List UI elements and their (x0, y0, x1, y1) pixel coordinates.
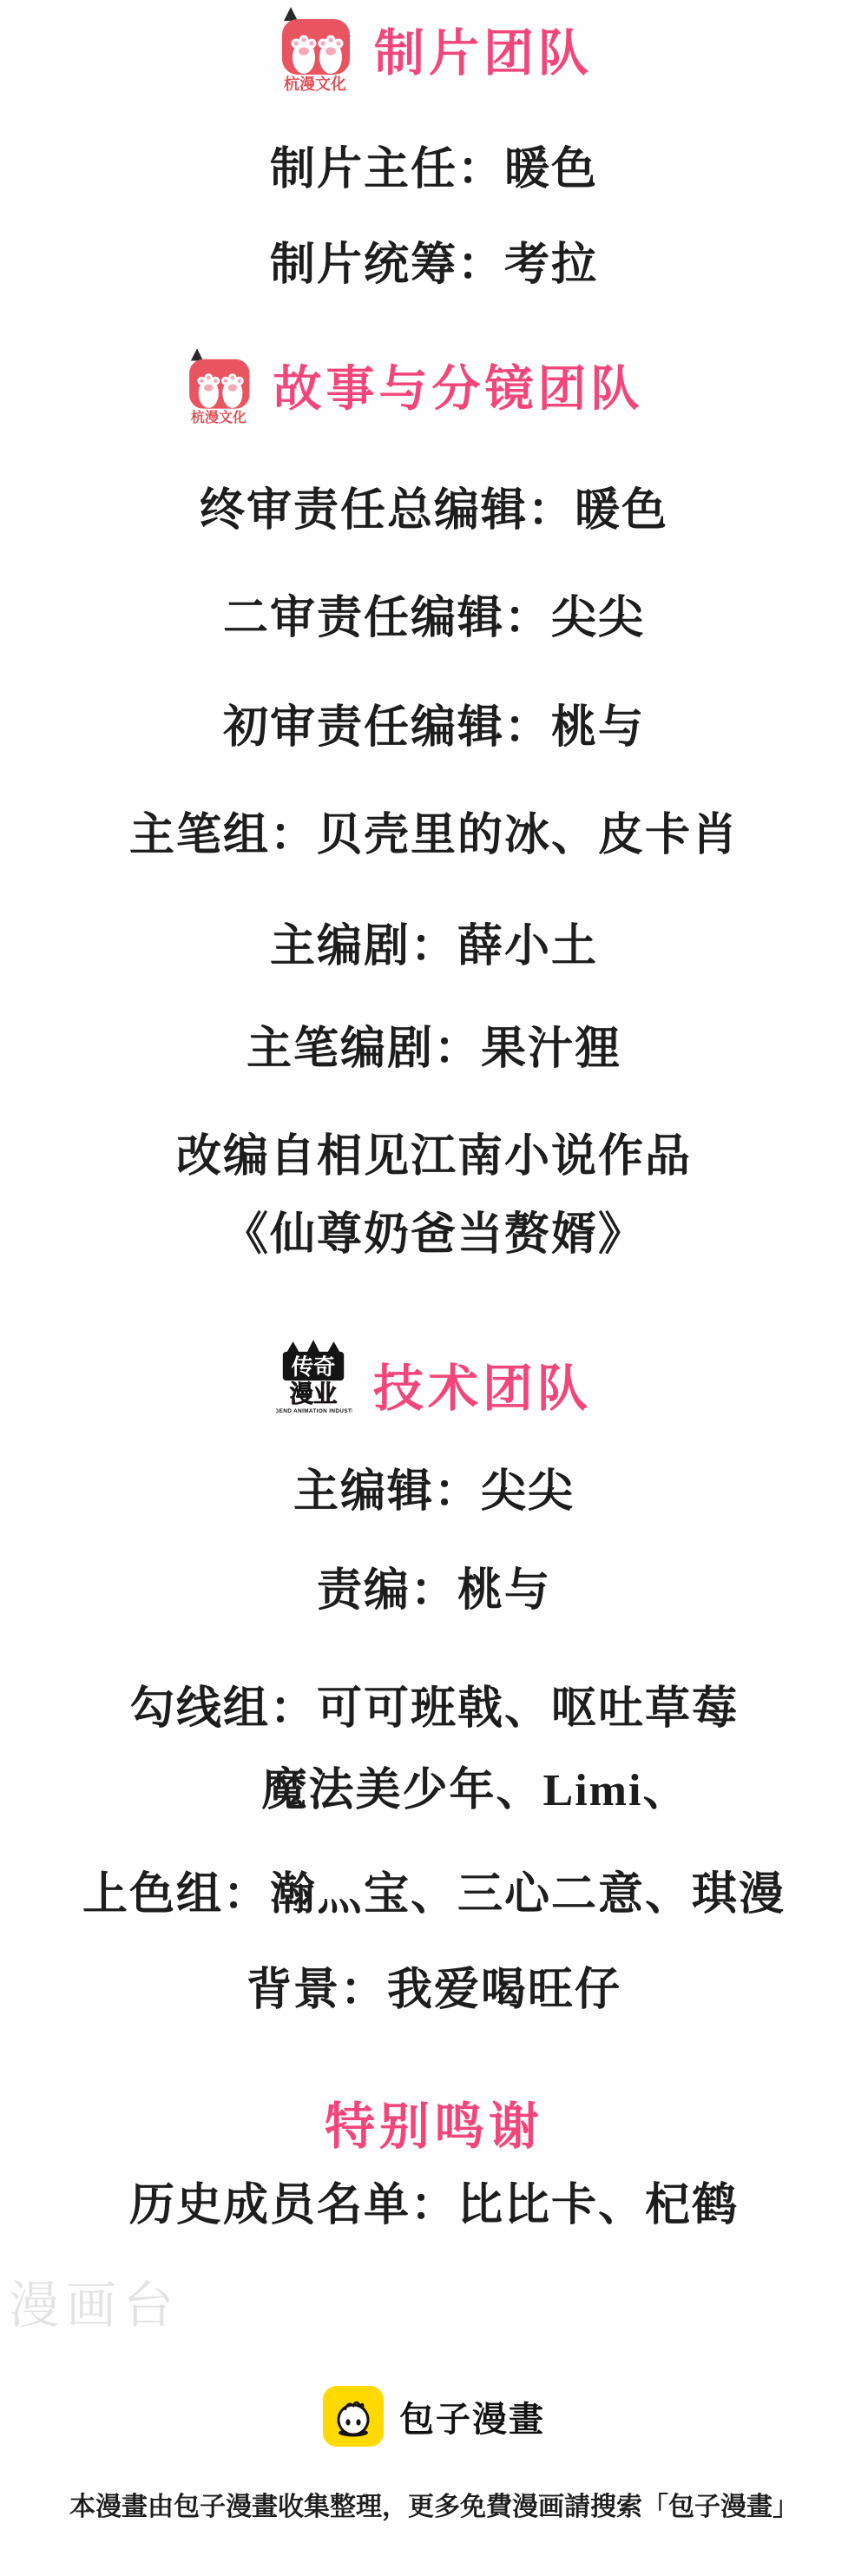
credit-line: 主笔组：贝壳里的冰、皮卡肖 (0, 811, 868, 861)
section-title-story: 故事与分镜团队 (273, 351, 644, 420)
disclaimer-text: 本漫畫由包子漫畫收集整理，更多免費漫画請搜索「包子漫畫」 (0, 2485, 868, 2523)
section-header-production: 杭漫文化 制片团队 (0, 3, 868, 94)
credits-page: 杭漫文化 制片团队 制片主任：暖色 制片统筹：考拉 杭漫文化 (0, 0, 868, 2576)
credit-line: 二审责任编辑：尖尖 (0, 594, 868, 644)
section-title-production: 制片团队 (374, 12, 593, 85)
section-title-tech: 技术团队 (373, 1347, 592, 1420)
footer-brand-row: 包子漫畫 (0, 2386, 868, 2447)
credit-line: 制片主任：暖色 (0, 145, 868, 195)
credit-line: 勾线组：可可班戟、呕吐草莓 (0, 1684, 868, 1735)
credit-line: 初审责任编辑：桃与 (0, 703, 868, 754)
legend-logo-line1: 传奇 (292, 1354, 336, 1380)
hangman-culture-logo-text: 杭漫文化 (190, 409, 246, 425)
section-header-story: 杭漫文化 故事与分镜团队 (0, 344, 847, 427)
hangman-culture-logo-text: 杭漫文化 (284, 75, 346, 92)
credit-line: 背景：我爱喝旺仔 (0, 1966, 868, 2016)
credit-line-continuation: 魔法美少年、Limi、 (42, 1766, 868, 1816)
credit-line: 制片统筹：考拉 (0, 240, 868, 291)
watermark-text: 漫画台 (9, 2264, 181, 2337)
brand-name: 包子漫畫 (399, 2392, 545, 2441)
credit-line: 终审责任总编辑：暖色 (0, 486, 868, 537)
credit-line: 责编：桃与 (0, 1566, 868, 1617)
baozi-bun-icon (323, 2386, 384, 2447)
legend-logo-line2: 漫业 (290, 1381, 338, 1407)
adaptation-note-line: 改编自相见江南小说作品 (0, 1132, 868, 1183)
hangman-culture-logo-icon: 杭漫文化 (183, 346, 253, 425)
credit-line: 主编剧：薛小土 (0, 922, 868, 972)
section-title-special-thanks: 特别鸣谢 (0, 2085, 868, 2158)
credit-line: 上色组：瀚灬宝、三心二意、琪漫 (0, 1870, 868, 1920)
legend-animation-logo-icon: 传奇 漫业 LEGEND ANIMATION INDUSTRY (276, 1339, 352, 1429)
section-header-tech: 传奇 漫业 LEGEND ANIMATION INDUSTRY 技术团队 (0, 1337, 868, 1431)
credit-line: 主笔编剧：果汁狸 (0, 1024, 868, 1075)
adaptation-note-title: 《仙尊奶爸当赘婿》 (0, 1210, 868, 1261)
hangman-culture-logo-icon: 杭漫文化 (275, 5, 353, 92)
credit-line: 历史成员名单：比比卡、杞鹤 (0, 2181, 868, 2231)
legend-logo-caption: LEGEND ANIMATION INDUSTRY (276, 1408, 352, 1414)
credit-line: 主编辑：尖尖 (0, 1467, 868, 1518)
